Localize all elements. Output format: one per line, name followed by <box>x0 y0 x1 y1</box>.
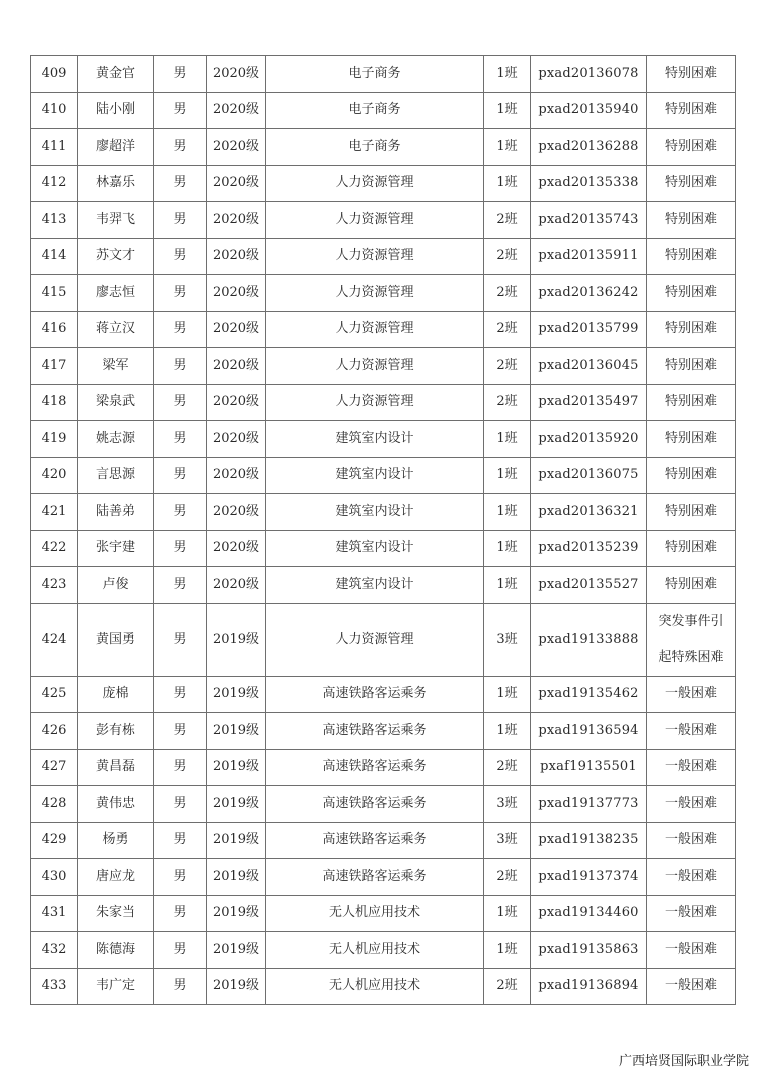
student-gender: 男 <box>154 822 207 859</box>
row-number: 420 <box>31 457 78 494</box>
student-class: 2班 <box>484 275 531 312</box>
difficulty-status: 特别困难 <box>647 384 736 421</box>
student-class: 2班 <box>484 749 531 786</box>
student-id: pxad19133888 <box>531 603 647 676</box>
table-row: 426彭有栋男2019级高速铁路客运乘务1班pxad19136594一般困难 <box>31 713 736 750</box>
difficulty-status: 特别困难 <box>647 348 736 385</box>
difficulty-status: 特别困难 <box>647 494 736 531</box>
student-class: 1班 <box>484 530 531 567</box>
table-row: 421陆善弟男2020级建筑室内设计1班pxad20136321特别困难 <box>31 494 736 531</box>
student-major: 高速铁路客运乘务 <box>266 749 484 786</box>
student-name: 苏文才 <box>78 238 154 275</box>
student-major: 高速铁路客运乘务 <box>266 713 484 750</box>
student-grade: 2019级 <box>207 859 266 896</box>
row-number: 433 <box>31 968 78 1005</box>
student-class: 1班 <box>484 494 531 531</box>
student-grade: 2019级 <box>207 749 266 786</box>
status-line: 突发事件引 <box>647 604 735 640</box>
student-gender: 男 <box>154 129 207 166</box>
student-id: pxad19135462 <box>531 676 647 713</box>
difficulty-status: 特别困难 <box>647 92 736 129</box>
student-id: pxad20135920 <box>531 421 647 458</box>
status-line: 起特殊困难 <box>647 640 735 676</box>
student-id: pxad20136242 <box>531 275 647 312</box>
student-class: 2班 <box>484 384 531 421</box>
student-name: 陈德海 <box>78 932 154 969</box>
student-major: 建筑室内设计 <box>266 457 484 494</box>
student-gender: 男 <box>154 202 207 239</box>
row-number: 410 <box>31 92 78 129</box>
student-name: 彭有栋 <box>78 713 154 750</box>
difficulty-status: 一般困难 <box>647 968 736 1005</box>
student-class: 2班 <box>484 311 531 348</box>
student-major: 电子商务 <box>266 129 484 166</box>
student-name: 庞棉 <box>78 676 154 713</box>
student-gender: 男 <box>154 494 207 531</box>
student-id: pxad19136894 <box>531 968 647 1005</box>
student-name: 黄昌磊 <box>78 749 154 786</box>
student-name: 陆小刚 <box>78 92 154 129</box>
student-major: 高速铁路客运乘务 <box>266 822 484 859</box>
student-class: 2班 <box>484 968 531 1005</box>
student-grade: 2019级 <box>207 713 266 750</box>
student-grade: 2020级 <box>207 494 266 531</box>
difficulty-status: 特别困难 <box>647 129 736 166</box>
row-number: 430 <box>31 859 78 896</box>
row-number: 427 <box>31 749 78 786</box>
row-number: 423 <box>31 567 78 604</box>
student-id: pxad20136075 <box>531 457 647 494</box>
table-row: 427黄昌磊男2019级高速铁路客运乘务2班pxaf19135501一般困难 <box>31 749 736 786</box>
student-class: 3班 <box>484 603 531 676</box>
student-gender: 男 <box>154 165 207 202</box>
student-major: 无人机应用技术 <box>266 895 484 932</box>
student-gender: 男 <box>154 348 207 385</box>
student-name: 唐应龙 <box>78 859 154 896</box>
student-id: pxad20135239 <box>531 530 647 567</box>
student-grade: 2020级 <box>207 165 266 202</box>
student-grade: 2019级 <box>207 932 266 969</box>
student-class: 2班 <box>484 202 531 239</box>
student-id: pxad19137773 <box>531 786 647 823</box>
student-roster-table: 409黄金官男2020级电子商务1班pxad20136078特别困难410陆小刚… <box>30 55 736 1005</box>
difficulty-status: 特别困难 <box>647 56 736 93</box>
student-id: pxad20136078 <box>531 56 647 93</box>
row-number: 428 <box>31 786 78 823</box>
student-major: 人力资源管理 <box>266 165 484 202</box>
student-major: 人力资源管理 <box>266 348 484 385</box>
table-row: 431朱家当男2019级无人机应用技术1班pxad19134460一般困难 <box>31 895 736 932</box>
student-class: 1班 <box>484 676 531 713</box>
student-id: pxaf19135501 <box>531 749 647 786</box>
student-name: 卢俊 <box>78 567 154 604</box>
table-row: 419姚志源男2020级建筑室内设计1班pxad20135920特别困难 <box>31 421 736 458</box>
student-id: pxad20135497 <box>531 384 647 421</box>
row-number: 424 <box>31 603 78 676</box>
student-grade: 2020级 <box>207 384 266 421</box>
student-name: 黄国勇 <box>78 603 154 676</box>
difficulty-status: 一般困难 <box>647 749 736 786</box>
student-grade: 2020级 <box>207 92 266 129</box>
row-number: 429 <box>31 822 78 859</box>
student-class: 2班 <box>484 238 531 275</box>
student-class: 2班 <box>484 859 531 896</box>
student-major: 建筑室内设计 <box>266 494 484 531</box>
table-row: 428黄伟忠男2019级高速铁路客运乘务3班pxad19137773一般困难 <box>31 786 736 823</box>
student-class: 1班 <box>484 567 531 604</box>
table-row: 416蒋立汉男2020级人力资源管理2班pxad20135799特别困难 <box>31 311 736 348</box>
student-grade: 2020级 <box>207 311 266 348</box>
student-class: 1班 <box>484 56 531 93</box>
student-gender: 男 <box>154 786 207 823</box>
table-row: 413韦羿飞男2020级人力资源管理2班pxad20135743特别困难 <box>31 202 736 239</box>
difficulty-status: 一般困难 <box>647 786 736 823</box>
difficulty-status: 一般困难 <box>647 895 736 932</box>
student-class: 1班 <box>484 129 531 166</box>
table-row: 412林嘉乐男2020级人力资源管理1班pxad20135338特别困难 <box>31 165 736 202</box>
row-number: 416 <box>31 311 78 348</box>
student-name: 陆善弟 <box>78 494 154 531</box>
row-number: 422 <box>31 530 78 567</box>
student-id: pxad19136594 <box>531 713 647 750</box>
student-id: pxad20136045 <box>531 348 647 385</box>
student-gender: 男 <box>154 859 207 896</box>
difficulty-status: 特别困难 <box>647 457 736 494</box>
student-id: pxad19138235 <box>531 822 647 859</box>
student-gender: 男 <box>154 530 207 567</box>
student-class: 3班 <box>484 786 531 823</box>
student-major: 建筑室内设计 <box>266 530 484 567</box>
row-number: 414 <box>31 238 78 275</box>
row-number: 432 <box>31 932 78 969</box>
difficulty-status: 一般困难 <box>647 932 736 969</box>
student-major: 人力资源管理 <box>266 603 484 676</box>
student-gender: 男 <box>154 749 207 786</box>
student-class: 3班 <box>484 822 531 859</box>
student-gender: 男 <box>154 421 207 458</box>
student-grade: 2020级 <box>207 56 266 93</box>
difficulty-status: 特别困难 <box>647 275 736 312</box>
row-number: 431 <box>31 895 78 932</box>
table-row: 429杨勇男2019级高速铁路客运乘务3班pxad19138235一般困难 <box>31 822 736 859</box>
student-name: 林嘉乐 <box>78 165 154 202</box>
student-grade: 2020级 <box>207 202 266 239</box>
student-major: 人力资源管理 <box>266 238 484 275</box>
student-major: 人力资源管理 <box>266 384 484 421</box>
student-gender: 男 <box>154 968 207 1005</box>
student-id: pxad20136321 <box>531 494 647 531</box>
table-row: 424黄国勇男2019级人力资源管理3班pxad19133888突发事件引起特殊… <box>31 603 736 676</box>
student-major: 无人机应用技术 <box>266 932 484 969</box>
student-major: 高速铁路客运乘务 <box>266 676 484 713</box>
student-class: 1班 <box>484 932 531 969</box>
student-major: 人力资源管理 <box>266 202 484 239</box>
roster-body: 409黄金官男2020级电子商务1班pxad20136078特别困难410陆小刚… <box>31 56 736 1005</box>
student-grade: 2020级 <box>207 457 266 494</box>
row-number: 417 <box>31 348 78 385</box>
row-number: 415 <box>31 275 78 312</box>
student-major: 建筑室内设计 <box>266 421 484 458</box>
student-grade: 2020级 <box>207 238 266 275</box>
row-number: 426 <box>31 713 78 750</box>
table-row: 425庞棉男2019级高速铁路客运乘务1班pxad19135462一般困难 <box>31 676 736 713</box>
student-name: 廖超洋 <box>78 129 154 166</box>
student-gender: 男 <box>154 92 207 129</box>
student-id: pxad20135527 <box>531 567 647 604</box>
student-name: 朱家当 <box>78 895 154 932</box>
table-row: 420言思源男2020级建筑室内设计1班pxad20136075特别困难 <box>31 457 736 494</box>
student-class: 1班 <box>484 713 531 750</box>
student-gender: 男 <box>154 275 207 312</box>
difficulty-status: 特别困难 <box>647 567 736 604</box>
difficulty-status: 特别困难 <box>647 238 736 275</box>
student-gender: 男 <box>154 895 207 932</box>
student-gender: 男 <box>154 932 207 969</box>
student-grade: 2020级 <box>207 421 266 458</box>
student-gender: 男 <box>154 676 207 713</box>
institution-footer: 广西培贤国际职业学院 <box>619 1050 749 1069</box>
student-id: pxad20136288 <box>531 129 647 166</box>
table-row: 410陆小刚男2020级电子商务1班pxad20135940特别困难 <box>31 92 736 129</box>
difficulty-status: 一般困难 <box>647 859 736 896</box>
student-name: 廖志恒 <box>78 275 154 312</box>
student-major: 电子商务 <box>266 92 484 129</box>
difficulty-status: 特别困难 <box>647 202 736 239</box>
student-gender: 男 <box>154 567 207 604</box>
student-grade: 2020级 <box>207 275 266 312</box>
student-id: pxad20135911 <box>531 238 647 275</box>
table-row: 432陈德海男2019级无人机应用技术1班pxad19135863一般困难 <box>31 932 736 969</box>
student-name: 黄金官 <box>78 56 154 93</box>
student-major: 人力资源管理 <box>266 275 484 312</box>
student-class: 1班 <box>484 421 531 458</box>
row-number: 411 <box>31 129 78 166</box>
student-major: 无人机应用技术 <box>266 968 484 1005</box>
student-gender: 男 <box>154 713 207 750</box>
student-name: 张宇建 <box>78 530 154 567</box>
student-class: 1班 <box>484 457 531 494</box>
table-row: 409黄金官男2020级电子商务1班pxad20136078特别困难 <box>31 56 736 93</box>
row-number: 418 <box>31 384 78 421</box>
student-grade: 2019级 <box>207 822 266 859</box>
student-name: 姚志源 <box>78 421 154 458</box>
student-grade: 2019级 <box>207 786 266 823</box>
table-row: 414苏文才男2020级人力资源管理2班pxad20135911特别困难 <box>31 238 736 275</box>
student-gender: 男 <box>154 457 207 494</box>
difficulty-status: 特别困难 <box>647 311 736 348</box>
row-number: 425 <box>31 676 78 713</box>
student-grade: 2019级 <box>207 968 266 1005</box>
student-name: 蒋立汉 <box>78 311 154 348</box>
table-row: 418梁泉武男2020级人力资源管理2班pxad20135497特别困难 <box>31 384 736 421</box>
student-major: 人力资源管理 <box>266 311 484 348</box>
student-name: 韦羿飞 <box>78 202 154 239</box>
row-number: 413 <box>31 202 78 239</box>
student-gender: 男 <box>154 311 207 348</box>
student-grade: 2020级 <box>207 567 266 604</box>
student-name: 黄伟忠 <box>78 786 154 823</box>
student-id: pxad20135940 <box>531 92 647 129</box>
student-gender: 男 <box>154 238 207 275</box>
row-number: 419 <box>31 421 78 458</box>
student-id: pxad20135338 <box>531 165 647 202</box>
student-name: 梁泉武 <box>78 384 154 421</box>
student-class: 2班 <box>484 348 531 385</box>
student-name: 韦广定 <box>78 968 154 1005</box>
student-id: pxad20135743 <box>531 202 647 239</box>
difficulty-status: 一般困难 <box>647 822 736 859</box>
student-gender: 男 <box>154 384 207 421</box>
difficulty-status: 特别困难 <box>647 165 736 202</box>
student-major: 高速铁路客运乘务 <box>266 859 484 896</box>
student-major: 高速铁路客运乘务 <box>266 786 484 823</box>
table-row: 423卢俊男2020级建筑室内设计1班pxad20135527特别困难 <box>31 567 736 604</box>
student-grade: 2019级 <box>207 603 266 676</box>
table-row: 430唐应龙男2019级高速铁路客运乘务2班pxad19137374一般困难 <box>31 859 736 896</box>
row-number: 421 <box>31 494 78 531</box>
student-id: pxad20135799 <box>531 311 647 348</box>
difficulty-status: 一般困难 <box>647 713 736 750</box>
difficulty-status: 特别困难 <box>647 421 736 458</box>
student-major: 电子商务 <box>266 56 484 93</box>
row-number: 409 <box>31 56 78 93</box>
student-name: 杨勇 <box>78 822 154 859</box>
difficulty-status: 一般困难 <box>647 676 736 713</box>
difficulty-status: 特别困难 <box>647 530 736 567</box>
table-row: 411廖超洋男2020级电子商务1班pxad20136288特别困难 <box>31 129 736 166</box>
student-name: 言思源 <box>78 457 154 494</box>
table-row: 433韦广定男2019级无人机应用技术2班pxad19136894一般困难 <box>31 968 736 1005</box>
student-name: 梁军 <box>78 348 154 385</box>
student-class: 1班 <box>484 895 531 932</box>
student-grade: 2019级 <box>207 676 266 713</box>
student-grade: 2020级 <box>207 129 266 166</box>
student-gender: 男 <box>154 56 207 93</box>
student-major: 建筑室内设计 <box>266 567 484 604</box>
difficulty-status: 突发事件引起特殊困难 <box>647 603 736 676</box>
table-row: 417梁军男2020级人力资源管理2班pxad20136045特别困难 <box>31 348 736 385</box>
table-row: 422张宇建男2020级建筑室内设计1班pxad20135239特别困难 <box>31 530 736 567</box>
student-class: 1班 <box>484 92 531 129</box>
student-id: pxad19134460 <box>531 895 647 932</box>
table-row: 415廖志恒男2020级人力资源管理2班pxad20136242特别困难 <box>31 275 736 312</box>
student-class: 1班 <box>484 165 531 202</box>
student-grade: 2019级 <box>207 895 266 932</box>
student-id: pxad19137374 <box>531 859 647 896</box>
student-gender: 男 <box>154 603 207 676</box>
row-number: 412 <box>31 165 78 202</box>
student-id: pxad19135863 <box>531 932 647 969</box>
student-grade: 2020级 <box>207 348 266 385</box>
student-grade: 2020级 <box>207 530 266 567</box>
